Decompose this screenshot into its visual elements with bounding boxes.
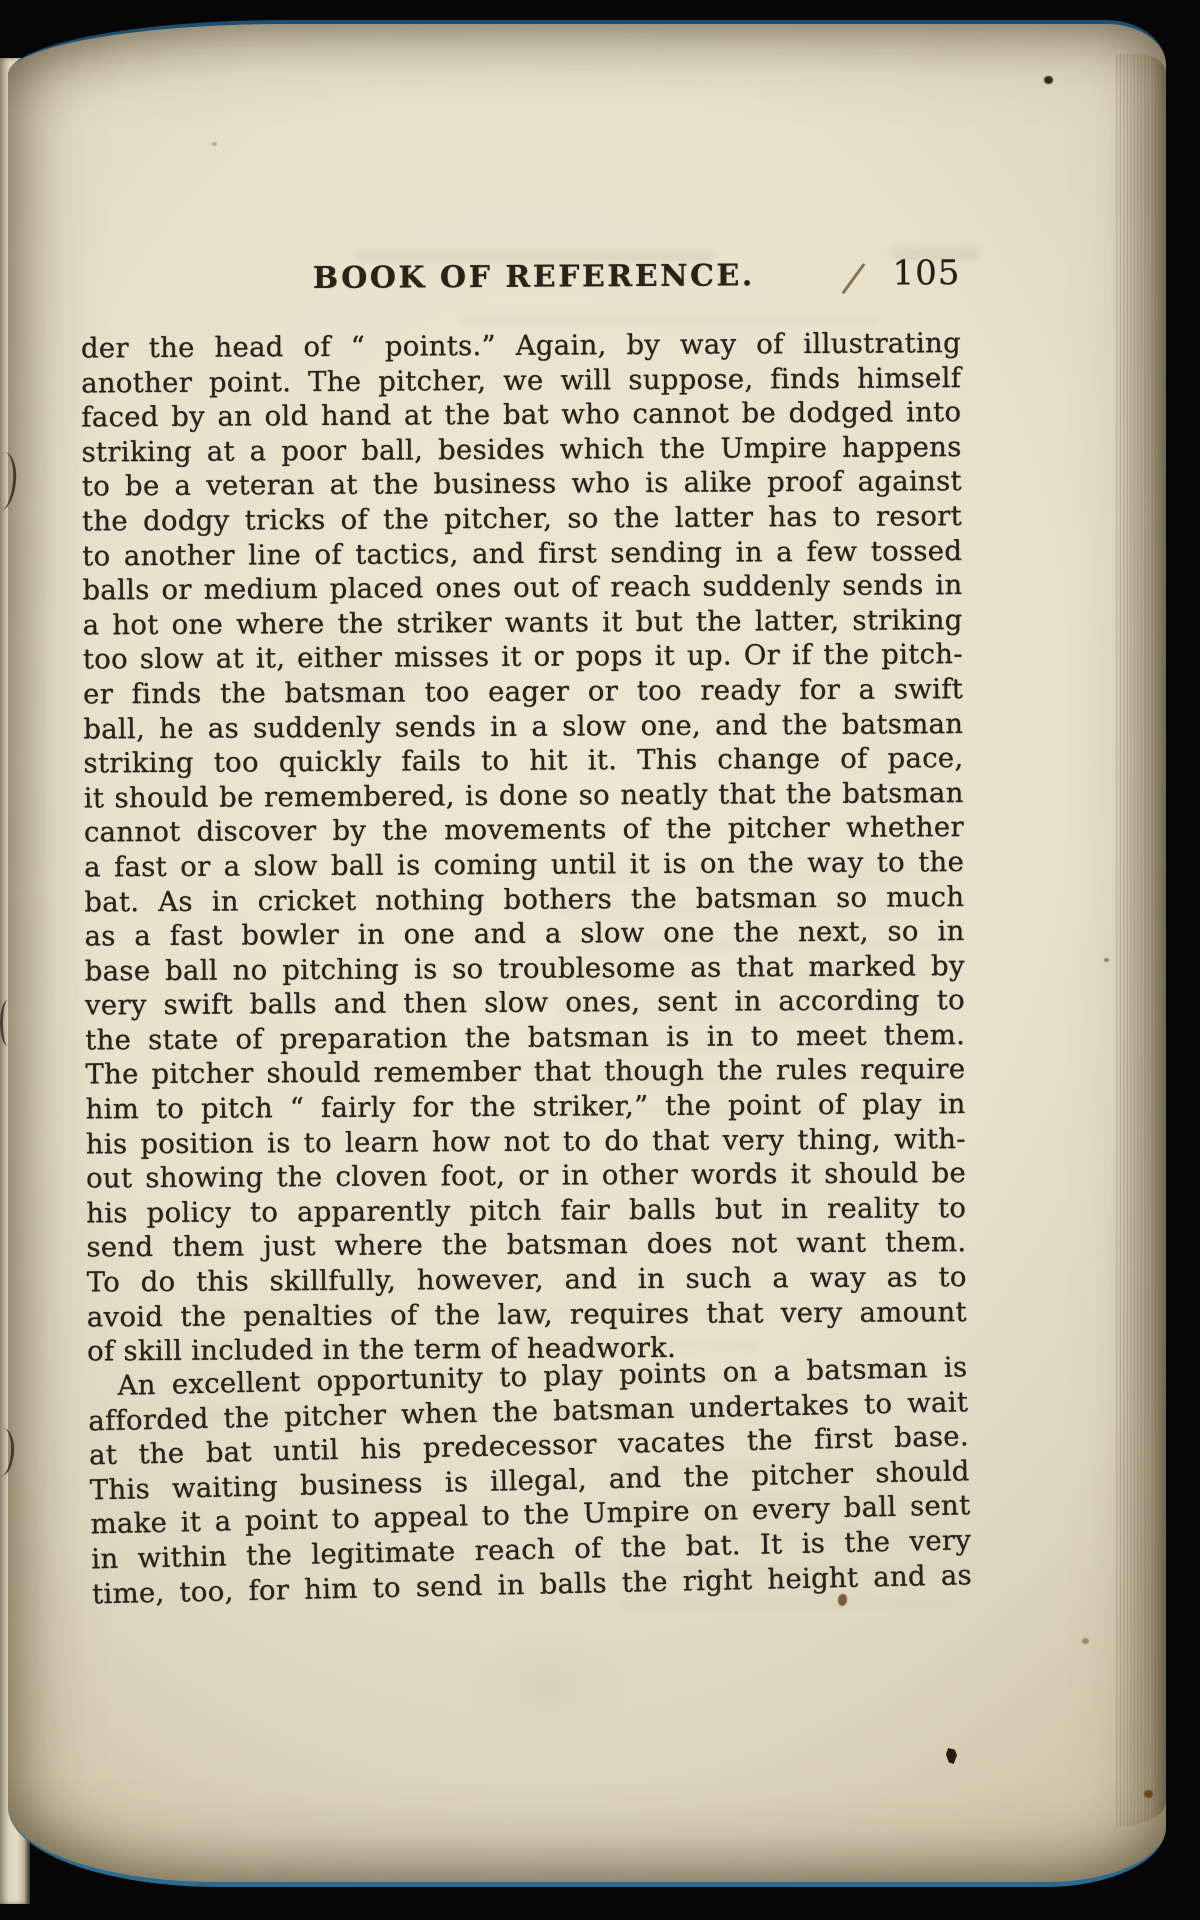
text-line: faced by an old hand at the bat who cann… [81, 395, 961, 435]
text-line: To do this skillfully, however, and in s… [87, 1260, 967, 1300]
foxing-spot [1082, 1638, 1089, 1644]
text-line: avoid the penalties of the law, requires… [87, 1295, 967, 1335]
ink-speck [1044, 76, 1053, 84]
text-line: The pitcher should remember that though … [85, 1053, 965, 1093]
text-line: a fast or a slow ball is coming until it… [84, 845, 964, 885]
text-line: too slow at it, either misses it or pops… [83, 637, 963, 677]
text-line: bat. As in cricket nothing bothers the b… [84, 880, 964, 920]
text-line: the state of preparation the batsman is … [85, 1018, 965, 1058]
text-line: the dodgy tricks of the pitcher, so the … [82, 499, 962, 539]
text-line: striking at a poor ball, besides which t… [81, 430, 961, 470]
text-line: to another line of tactics, and first se… [82, 534, 962, 574]
text-line: very swift balls and then slow ones, sen… [85, 983, 965, 1023]
paragraph: der the head of “ points.” Again, by way… [81, 326, 967, 1369]
ink-speck [1104, 958, 1109, 962]
text-body: der the head of “ points.” Again, by way… [81, 326, 969, 1611]
text-line: send them just where the batsman does no… [86, 1225, 966, 1265]
page-title: BOOK OF REFERENCE. [313, 258, 755, 296]
text-line: his position is to learn how not to do t… [86, 1122, 966, 1162]
text-line: er finds the batsman too eager or too re… [83, 672, 963, 712]
text-line: der the head of “ points.” Again, by way… [81, 326, 961, 366]
running-head: BOOK OF REFERENCE. 105 [80, 257, 960, 300]
foxing-spot [1144, 1790, 1153, 1798]
text-line: his policy to apparently pitch fair ball… [86, 1191, 966, 1231]
margin-mark [0, 1000, 13, 1046]
book-scan: BOOK OF REFERENCE. 105 der the head of “… [0, 0, 1200, 1920]
text-line: another point. The pitcher, we will supp… [81, 361, 961, 401]
text-line: to be a veteran at the business who is a… [82, 464, 962, 504]
text-line: it should be remembered, is done so neat… [84, 776, 964, 816]
page-text: BOOK OF REFERENCE. 105 der the head of “… [0, 0, 1200, 1920]
text-line: ball, he as suddenly sends in a slow one… [83, 707, 963, 747]
page-number: 105 [892, 253, 960, 293]
text-line: out showing the cloven foot, or in other… [86, 1156, 966, 1196]
text-line: balls or medium placed ones out of reach… [82, 568, 962, 608]
text-line: as a fast bowler in one and a slow one t… [84, 914, 964, 954]
ink-speck [212, 142, 217, 146]
text-line: him to pitch “ fairly for the striker,” … [85, 1087, 965, 1127]
text-line: base ball no pitching is so troublesome … [85, 949, 965, 989]
text-line: striking too quickly fails to hit it. Th… [83, 741, 963, 781]
text-line: a hot one where the striker wants it but… [83, 603, 963, 643]
paragraph: An excellent opportunity to play points … [87, 1350, 972, 1611]
text-line: cannot discover by the movements of the … [84, 810, 964, 850]
